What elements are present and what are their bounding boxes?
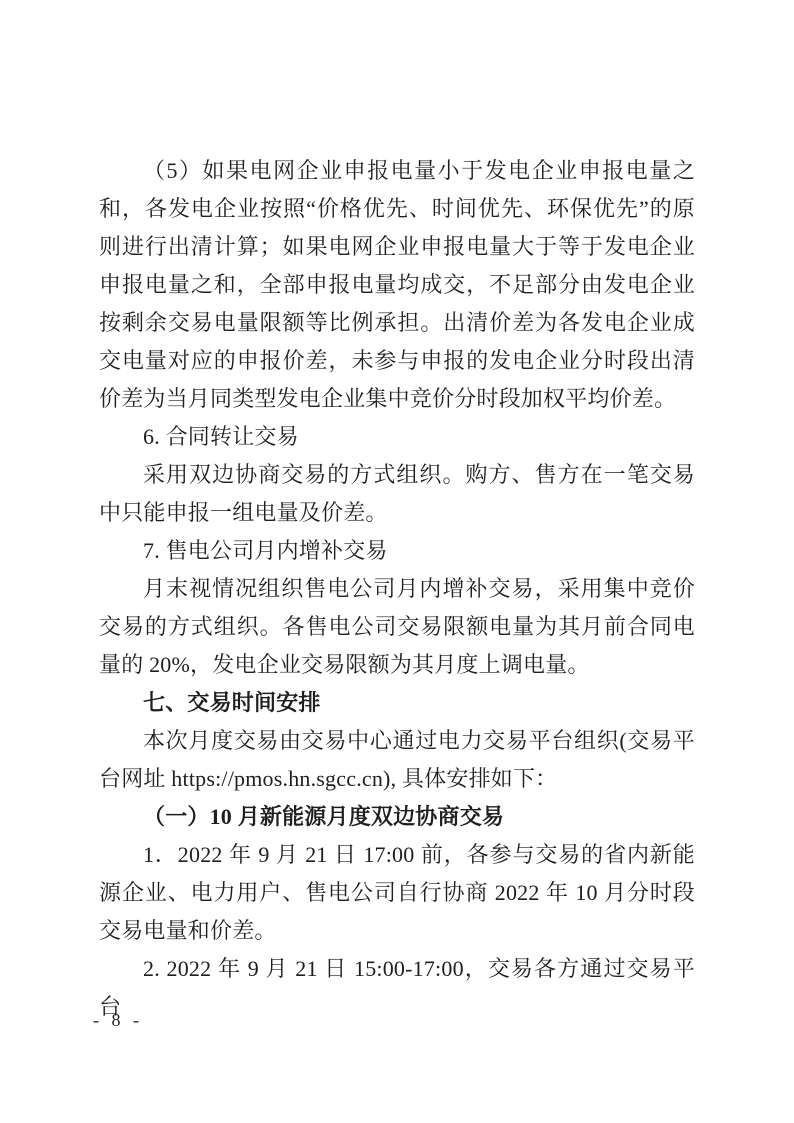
- paragraph-step-1-negotiation: 1．2022 年 9 月 21 日 17:00 前，各参与交易的省内新能源企业、…: [99, 836, 695, 950]
- document-body: （5）如果电网企业申报电量小于发电企业申报电量之和，各发电企业按照“价格优先、时…: [99, 152, 695, 1026]
- paragraph-item-6-contract-transfer-title: 6. 合同转让交易: [99, 418, 695, 456]
- document-page: （5）如果电网企业申报电量小于发电企业申报电量之和，各发电企业按照“价格优先、时…: [0, 0, 794, 1123]
- paragraph-item-7-retail-supplement-title: 7. 售电公司月内增补交易: [99, 532, 695, 570]
- paragraph-step-2-platform-window: 2. 2022 年 9 月 21 日 15:00-17:00，交易各方通过交易平…: [99, 950, 695, 1026]
- heading-section-7-trading-schedule: 七、交易时间安排: [99, 684, 695, 722]
- paragraph-clearing-rule-5: （5）如果电网企业申报电量小于发电企业申报电量之和，各发电企业按照“价格优先、时…: [99, 152, 695, 418]
- paragraph-contract-transfer-detail: 采用双边协商交易的方式组织。购方、售方在一笔交易中只能申报一组电量及价差。: [99, 456, 695, 532]
- paragraph-retail-supplement-detail: 月末视情况组织售电公司月内增补交易，采用集中竞价交易的方式组织。各售电公司交易限…: [99, 570, 695, 684]
- page-number: - 8 -: [93, 1010, 143, 1031]
- paragraph-platform-url: 本次月度交易由交易中心通过电力交易平台组织(交易平台网址 https://pmo…: [99, 722, 695, 798]
- heading-subsection-1-october-bilateral-trade: （一）10 月新能源月度双边协商交易: [99, 798, 695, 836]
